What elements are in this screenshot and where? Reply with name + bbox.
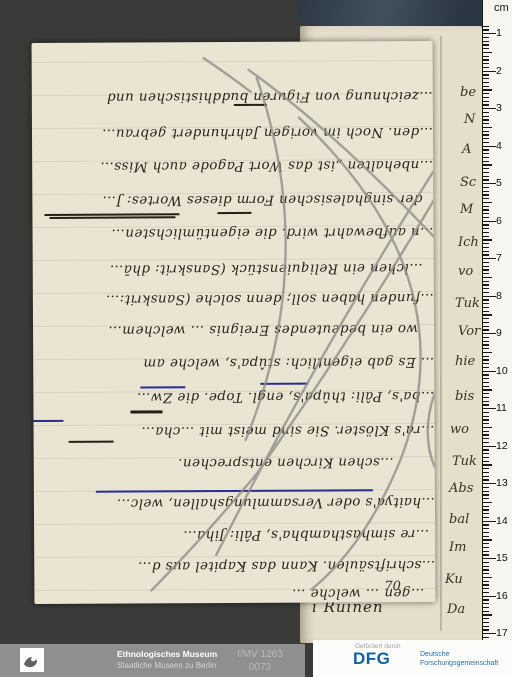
ruler-tick	[483, 603, 489, 604]
underlying-page-fragment: wo	[450, 422, 469, 437]
underlying-page-fragment: bal	[449, 512, 469, 527]
ruler-tick	[483, 491, 489, 492]
ruler-number: 13	[496, 477, 512, 489]
ruler: cm 1234567891011121314151617	[482, 0, 512, 645]
ruler-tick	[483, 269, 489, 270]
ruler-tick	[483, 52, 492, 53]
ruler-tick	[483, 389, 492, 390]
ruler-tick	[483, 566, 489, 567]
ruler-tick	[483, 371, 496, 372]
ruler-tick	[483, 93, 489, 94]
underlying-page-fragment: Vor	[458, 324, 480, 339]
ruler-tick	[483, 513, 489, 514]
ruler-tick	[483, 191, 489, 192]
ruler-tick	[483, 116, 489, 117]
ruler-tick	[483, 446, 496, 447]
ruler-tick	[483, 134, 489, 135]
ruler-tick	[483, 577, 492, 578]
ruler-tick	[483, 318, 489, 319]
ruler-tick	[483, 416, 489, 417]
ruler-tick	[483, 266, 489, 267]
ruler-tick	[483, 494, 489, 495]
ruler-tick	[483, 48, 489, 49]
ruler-tick	[483, 172, 489, 173]
ruler-tick	[483, 412, 489, 413]
ruler-tick	[483, 228, 489, 229]
ruler-tick	[483, 622, 489, 623]
ruler-tick	[483, 352, 492, 353]
ruler-tick	[483, 509, 489, 510]
funder-name-line2: Forschungsgemeinschaft	[420, 660, 498, 669]
ruler-tick	[483, 348, 489, 349]
ruler-tick	[483, 543, 489, 544]
underlying-page-fragment: Sc	[460, 175, 476, 190]
ruler-tick	[483, 581, 489, 582]
ruler-tick	[483, 44, 489, 45]
ruler-tick	[483, 206, 489, 207]
ruler-tick	[483, 483, 496, 484]
ruler-tick	[483, 303, 489, 304]
underlying-page-fragment: be	[460, 85, 476, 100]
ruler-tick	[483, 67, 489, 68]
ruler-tick	[483, 378, 489, 379]
ruler-tick	[483, 341, 489, 342]
ruler-tick	[483, 464, 492, 465]
ruler-tick	[483, 131, 489, 132]
ruler-tick	[483, 273, 489, 274]
ruler-number: 8	[496, 290, 512, 302]
ruler-tick	[483, 487, 489, 488]
ruler-number: 2	[496, 65, 512, 77]
ruler-tick	[483, 311, 489, 312]
underlying-page-fragment: Tuk	[455, 296, 480, 311]
dfg-logo: DFG	[353, 649, 390, 669]
ruler-number: 12	[496, 440, 512, 452]
underlying-page-fragment: Ku	[445, 572, 463, 587]
ruler-number: 10	[496, 365, 512, 377]
ruler-tick	[483, 588, 489, 589]
ruler-tick	[483, 176, 489, 177]
ruler-tick	[483, 71, 496, 72]
ruler-unit-label: cm	[494, 2, 509, 14]
ruler-tick	[483, 157, 489, 158]
ruler-tick	[483, 86, 489, 87]
underlying-page-fragment: Ich	[458, 235, 479, 250]
ruler-tick	[483, 243, 489, 244]
ruler-tick	[483, 123, 489, 124]
ruler-tick	[483, 198, 489, 199]
museum-credit-text: Ethnologisches Museum Staatliche Museen …	[117, 649, 217, 671]
ruler-number: 6	[496, 215, 512, 227]
ruler-number: 5	[496, 177, 512, 189]
smb-logo	[20, 648, 44, 672]
ruler-number: 16	[496, 590, 512, 602]
ruler-tick	[483, 457, 489, 458]
ruler-tick	[483, 221, 496, 222]
ruler-tick	[483, 97, 489, 98]
ruler-tick	[483, 161, 489, 162]
ruler-tick	[483, 112, 489, 113]
ruler-tick	[483, 296, 496, 297]
ruler-tick	[483, 232, 489, 233]
underlying-page-fragment: hie	[455, 354, 475, 369]
ruler-tick	[483, 33, 496, 34]
ruler-tick	[483, 108, 496, 109]
ruler-tick	[483, 213, 489, 214]
ruler-tick	[483, 82, 489, 83]
ruler-tick	[483, 404, 489, 405]
ruler-tick	[483, 438, 489, 439]
ruler-tick	[483, 626, 489, 627]
ruler-tick	[483, 277, 492, 278]
ruler-tick	[483, 29, 489, 30]
ruler-tick	[483, 584, 489, 585]
ruler-tick	[483, 146, 496, 147]
funder-name: Deutsche Forschungsgemeinschaft	[420, 651, 498, 668]
ruler-tick	[483, 461, 489, 462]
ruler-tick	[483, 536, 489, 537]
ruler-tick	[483, 292, 489, 293]
ruler-number: 7	[496, 252, 512, 264]
ruler-tick	[483, 59, 489, 60]
ruler-tick	[483, 127, 492, 128]
ruler-tick	[483, 569, 489, 570]
ruler-tick	[483, 611, 489, 612]
ruler-tick	[483, 326, 489, 327]
ruler-tick	[483, 502, 492, 503]
ruler-tick	[483, 599, 489, 600]
ruler-tick	[483, 637, 489, 638]
ruler-tick	[483, 149, 489, 150]
ruler-tick	[483, 468, 489, 469]
ruler-tick	[483, 476, 489, 477]
ruler-tick	[483, 506, 489, 507]
ruler-tick	[483, 187, 489, 188]
ruler-tick	[483, 453, 489, 454]
ruler-tick	[483, 179, 489, 180]
ruler-tick	[483, 607, 489, 608]
ruler-tick	[483, 247, 489, 248]
underlying-page-fragment: A	[462, 142, 471, 157]
manuscript-page: …zeichnung von Figuren buddhistischen un…	[32, 41, 436, 604]
ruler-number: 11	[496, 402, 512, 414]
museum-subtitle: Staatliche Museen zu Berlin	[117, 660, 217, 671]
ruler-number: 9	[496, 327, 512, 339]
ruler-tick	[483, 629, 489, 630]
ruler-tick	[483, 367, 489, 368]
ruler-tick	[483, 236, 489, 237]
underlying-page-fragment: Im	[449, 540, 466, 555]
ruler-tick	[483, 164, 492, 165]
ruler-tick	[483, 554, 489, 555]
ruler-number: 1	[496, 27, 512, 39]
ruler-tick	[483, 517, 489, 518]
archive-photo-stage: beNAScMIchvoTukVorhiebiswoTukAbsbalImKuD…	[0, 0, 512, 677]
ruler-tick	[483, 363, 489, 364]
ruler-tick	[483, 333, 496, 334]
ruler-tick	[483, 254, 489, 255]
ruler-tick	[483, 314, 492, 315]
ruler-tick	[483, 307, 489, 308]
ruler-tick	[483, 337, 489, 338]
ruler-tick	[483, 528, 489, 529]
ruler-tick	[483, 449, 489, 450]
ruler-tick	[483, 168, 489, 169]
underlying-page-fragment: N	[464, 112, 475, 127]
pencil-cross-out-strokes	[32, 41, 436, 604]
ruler-number: 17	[496, 627, 512, 639]
object-id-line2: 0073	[218, 661, 302, 674]
ruler-tick	[483, 558, 496, 559]
ruler-tick	[483, 382, 489, 383]
underlying-page-fragment: M	[460, 202, 473, 217]
ruler-tick	[483, 547, 489, 548]
ruler-number: 14	[496, 515, 512, 527]
ruler-tick	[483, 78, 489, 79]
ruler-tick	[483, 524, 489, 525]
ruler-tick	[483, 356, 489, 357]
ruler-tick	[483, 423, 489, 424]
ruler-tick	[483, 539, 492, 540]
ruler-tick	[483, 224, 489, 225]
ruler-tick	[483, 89, 492, 90]
ruler-tick	[483, 614, 492, 615]
ruler-tick	[483, 217, 489, 218]
ruler-tick	[483, 322, 489, 323]
funder-name-line1: Deutsche	[420, 651, 498, 660]
underlying-page-fragment: Tuk	[452, 454, 477, 469]
ruler-tick	[483, 258, 496, 259]
ruler-tick	[483, 479, 489, 480]
ruler-tick	[483, 138, 489, 139]
ruler-tick	[483, 284, 489, 285]
underlying-page-fragment: bis	[455, 389, 474, 404]
ruler-tick	[483, 26, 489, 27]
ruler-tick	[483, 521, 496, 522]
ruler-tick	[483, 419, 489, 420]
ruler-tick	[483, 397, 489, 398]
ruler-tick	[483, 472, 489, 473]
ruler-tick	[483, 142, 489, 143]
ruler-tick	[483, 393, 489, 394]
ruler-tick	[483, 592, 489, 593]
ruler-tick	[483, 573, 489, 574]
ruler-tick	[483, 251, 489, 252]
ruler-tick	[483, 408, 496, 409]
ruler-tick	[483, 359, 489, 360]
ruler-tick	[483, 532, 489, 533]
ruler-tick	[483, 633, 496, 634]
ruler-tick	[483, 344, 489, 345]
object-id-line1: I/MV 1263	[218, 648, 302, 661]
ruler-tick	[483, 37, 489, 38]
ruler-tick	[483, 202, 492, 203]
ruler-tick	[483, 427, 492, 428]
ruler-tick	[483, 119, 489, 120]
ruler-tick	[483, 63, 489, 64]
ruler-tick	[483, 434, 489, 435]
ruler-tick	[483, 194, 489, 195]
ruler-tick	[483, 551, 489, 552]
ruler-tick	[483, 498, 489, 499]
ruler-tick	[483, 183, 496, 184]
ruler-tick	[483, 562, 489, 563]
ruler-tick	[483, 374, 489, 375]
ruler-tick	[483, 104, 489, 105]
ruler-tick	[483, 618, 489, 619]
ruler-tick	[483, 281, 489, 282]
underlying-page-fragment: Da	[447, 602, 465, 617]
ruler-tick	[483, 386, 489, 387]
ruler-tick	[483, 329, 489, 330]
smb-logo-mark	[20, 648, 44, 672]
ruler-tick	[483, 153, 489, 154]
ruler-number: 15	[496, 552, 512, 564]
underlying-page-fragment: vo	[458, 264, 473, 279]
ruler-number: 4	[496, 140, 512, 152]
museum-credit-bar: Ethnologisches Museum Staatliche Museen …	[0, 644, 305, 677]
ruler-tick	[483, 101, 489, 102]
ruler-tick	[483, 56, 489, 57]
ruler-number: 3	[496, 102, 512, 114]
ruler-tick	[483, 74, 489, 75]
ruler-tick	[483, 442, 489, 443]
museum-name: Ethnologisches Museum	[117, 649, 217, 660]
ruler-tick	[483, 299, 489, 300]
ruler-tick	[483, 262, 489, 263]
object-id: I/MV 1263 0073	[218, 648, 302, 674]
ruler-tick	[483, 288, 489, 289]
underlying-page-fragment: Abs	[449, 481, 473, 496]
ruler-tick	[483, 239, 492, 240]
ruler-tick	[483, 401, 489, 402]
ruler-tick	[483, 596, 496, 597]
ruler-tick	[483, 41, 489, 42]
ruler-tick	[483, 209, 489, 210]
funder-credit-bar: Gefördert durch DFG Deutsche Forschungsg…	[313, 640, 512, 677]
ruler-tick	[483, 431, 489, 432]
